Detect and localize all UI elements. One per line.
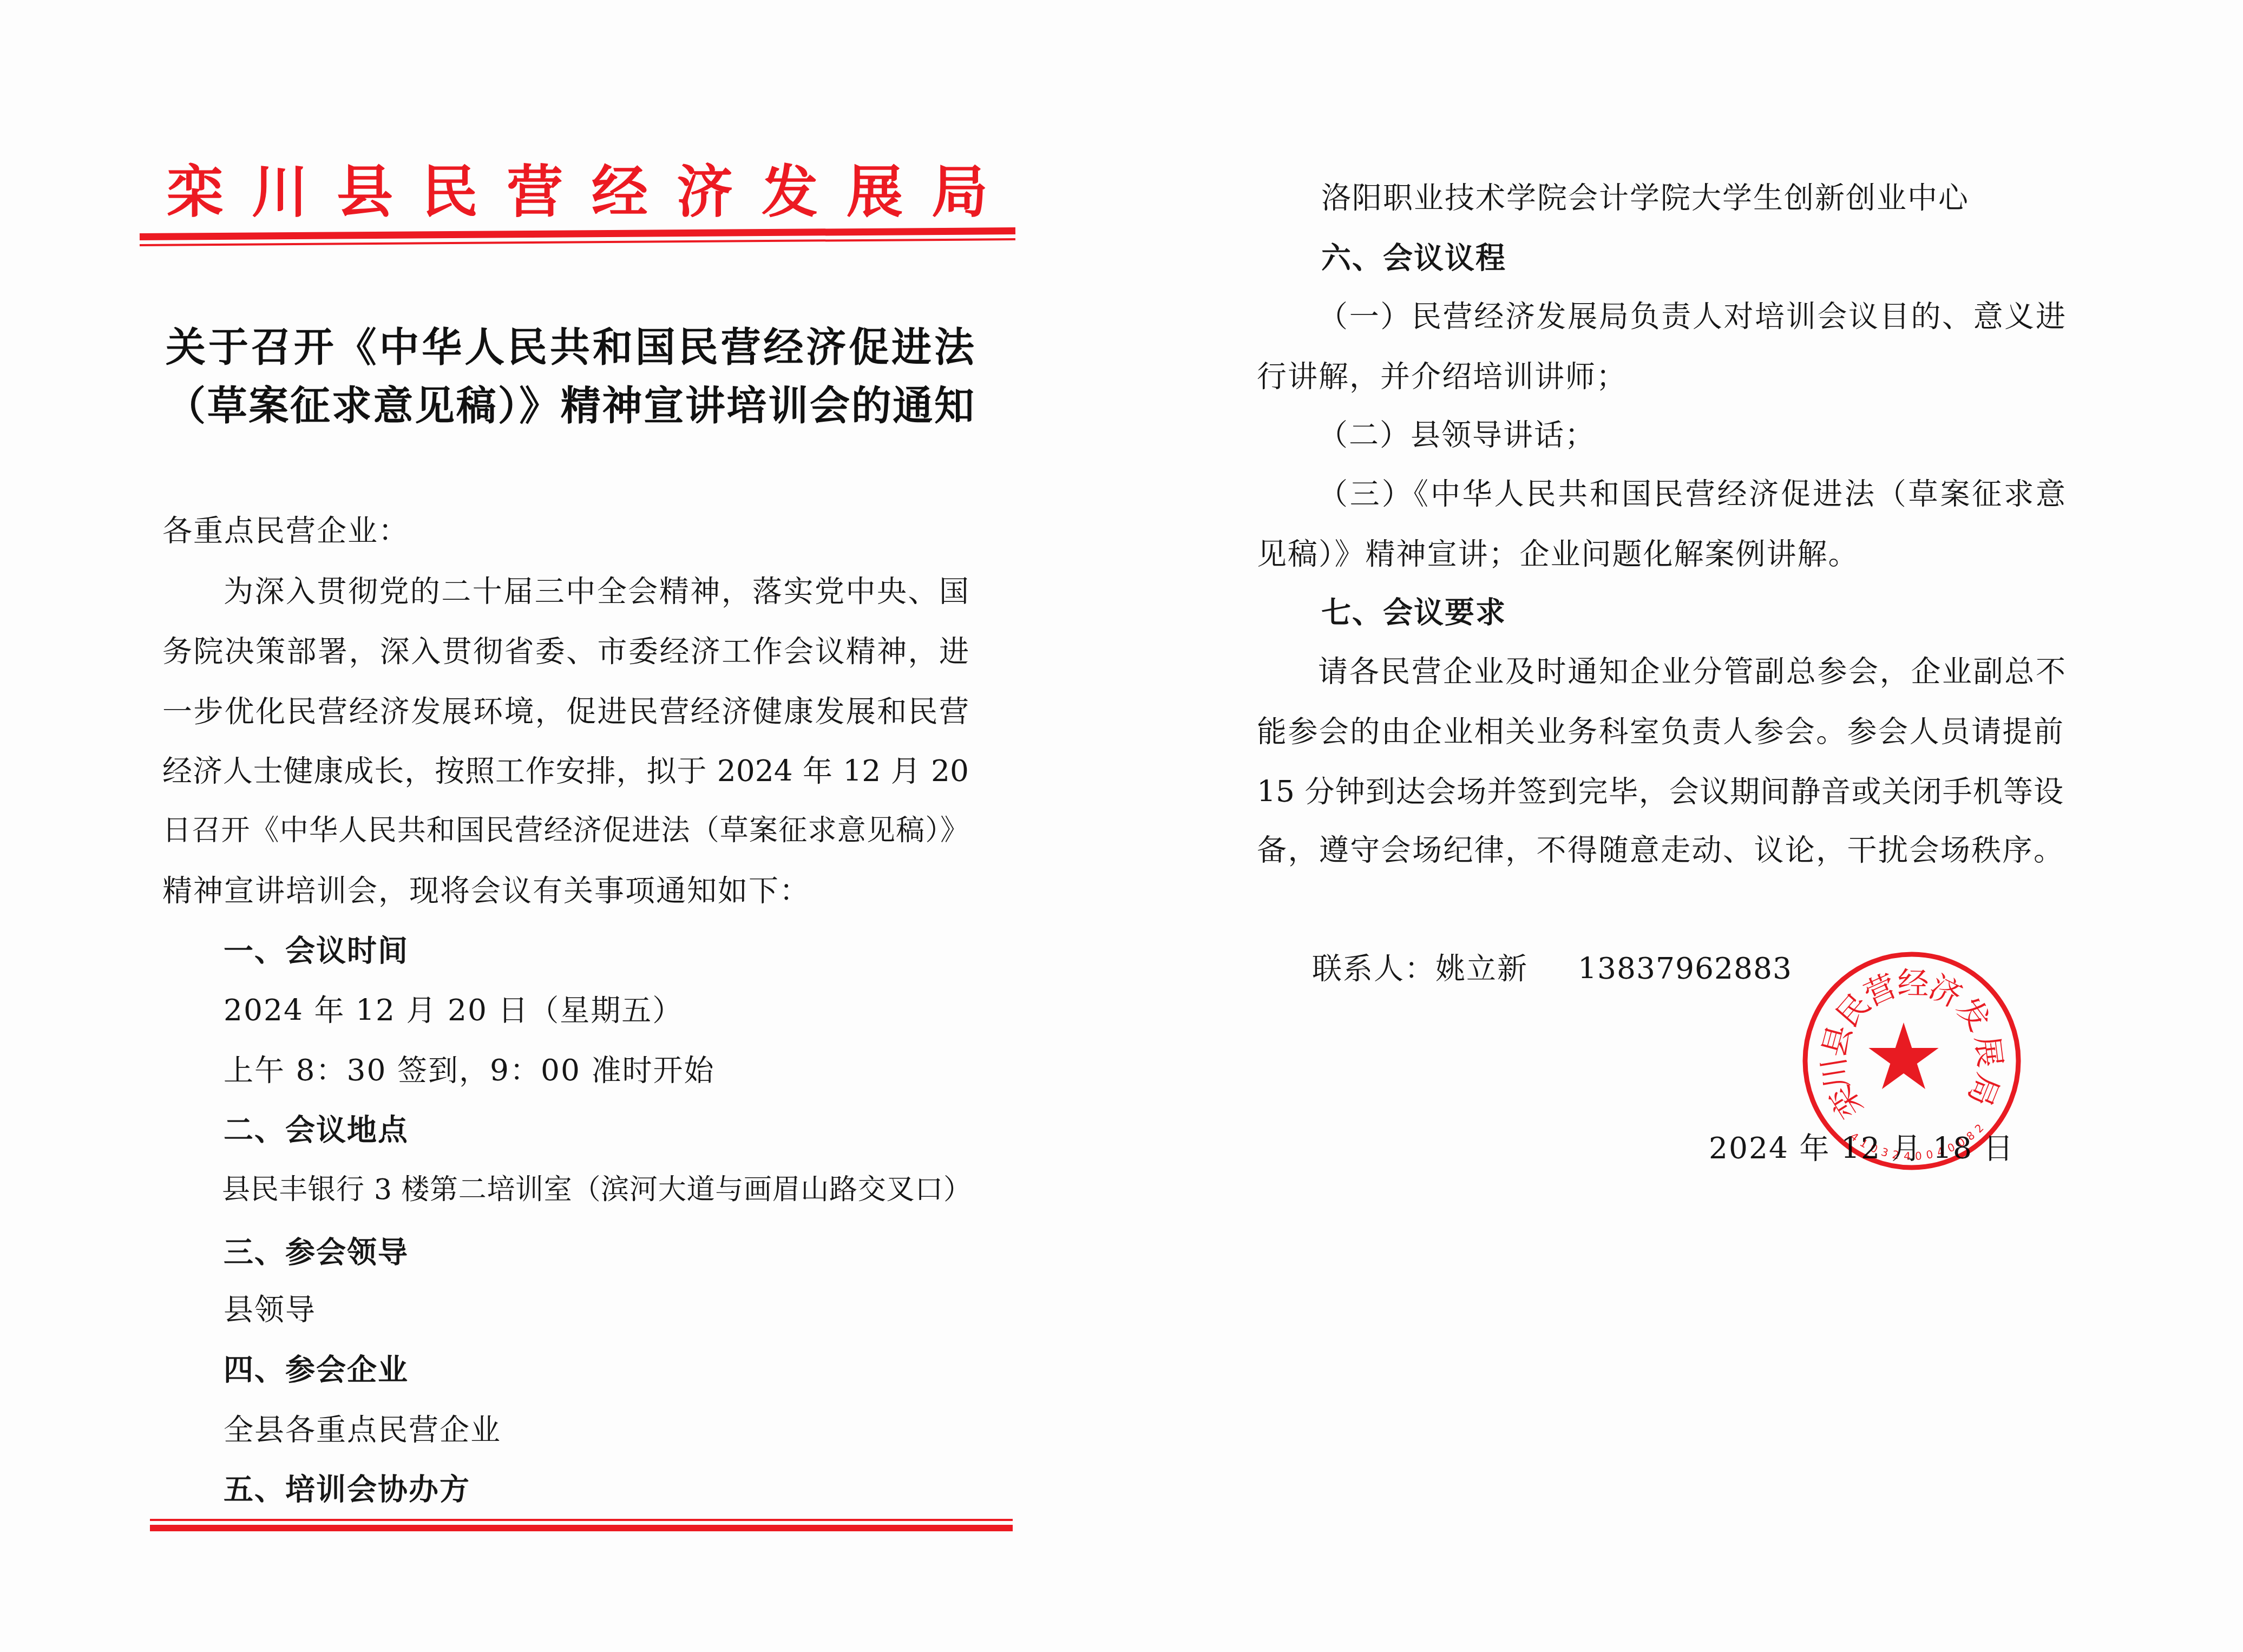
seal-code-digit: 4 xyxy=(1936,1144,1946,1159)
seal-code-digit: 0 xyxy=(1868,1141,1880,1156)
seal-code-digit: 2 xyxy=(1972,1121,1986,1135)
seal-code-digit: 0 xyxy=(1945,1140,1957,1155)
seal-char: 经 xyxy=(1897,965,1929,1002)
requirements-line: 能参会的由企业相关业务科室负责人参会。参会人员请提前 xyxy=(1257,712,2063,750)
section-heading-meeting-time: 一、会议时间 xyxy=(224,932,409,969)
letterhead-org-name: 栾川县民营经济发展局 xyxy=(167,160,1016,225)
seal-code-digit: 0 xyxy=(1925,1148,1934,1162)
agenda-line: （二）县领导讲话； xyxy=(1318,416,1596,454)
meeting-schedule: 上午 8：30 签到，9：00 准时开始 xyxy=(224,1051,714,1089)
star-icon xyxy=(1868,1022,1938,1089)
letterhead-rule-thick xyxy=(140,227,1015,240)
seal-char: 局 xyxy=(1960,1068,2006,1111)
seal-code-digit: 3 xyxy=(1880,1145,1890,1159)
seal-code-digit: 0 xyxy=(1914,1149,1922,1163)
document-page: 栾川县民营经济发展局 关于召开《中华人民共和国民营经济促进法 （草案征求意见稿）… xyxy=(0,0,2243,1652)
intro-line: 经济人士健康成长，按照工作安排，拟于 2024 年 12 月 20 xyxy=(162,752,969,790)
salutation: 各重点民营企业： xyxy=(162,512,409,549)
section-heading-attending-enterprises: 四、参会企业 xyxy=(224,1351,409,1388)
contact-phone: 13837962883 xyxy=(1578,949,1792,987)
document-title-line-2: （草案征求意见稿）》精神宣讲培训会的通知 xyxy=(166,382,974,430)
document-title-line-1: 关于召开《中华人民共和国民营经济促进法 xyxy=(166,323,974,372)
section-heading-meeting-location: 二、会议地点 xyxy=(224,1111,409,1149)
intro-line: 精神宣讲培训会，现将会议有关事项通知如下： xyxy=(162,871,810,909)
meeting-date: 2024 年 12 月 20 日（星期五） xyxy=(224,991,683,1029)
section-heading-requirements: 七、会议要求 xyxy=(1321,593,1506,631)
meeting-location: 县民丰银行 3 楼第二培训室（滨河大道与画眉山路交叉口） xyxy=(222,1171,972,1209)
contact-person: 联系人：姚立新 xyxy=(1312,949,1528,987)
section-heading-co-organizer: 五、培训会协办方 xyxy=(224,1470,470,1508)
co-organizer: 洛阳职业技术学院会计学院大学生创新创业中心 xyxy=(1321,179,1969,217)
seal-code-digit: 0 xyxy=(1955,1135,1967,1150)
requirements-line: 请各民营企业及时通知企业分管副总参会，企业副总不 xyxy=(1318,652,2065,690)
intro-line: 务院决策部署，深入贯彻省委、市委经济工作会议精神，进 xyxy=(162,632,969,670)
requirements-line: 15 分钟到达会场并签到完毕，会议期间静音或关闭手机等设 xyxy=(1257,772,2063,810)
footer-rule-thin xyxy=(150,1519,1013,1521)
footer-rule-thick xyxy=(150,1525,1013,1531)
seal-code-digit: 2 xyxy=(1891,1148,1900,1162)
agenda-line: （一）民营经济发展局负责人对培训会议目的、意义进 xyxy=(1318,297,2065,335)
intro-line: 为深入贯彻党的二十届三中全会精神，落实党中央、国 xyxy=(224,572,969,610)
section-heading-agenda: 六、会议议程 xyxy=(1321,239,1506,277)
agenda-line: 见稿）》精神宣讲；企业问题化解案例讲解。 xyxy=(1257,535,1859,573)
seal-char: 展 xyxy=(1969,1034,2009,1070)
seal-code-digit: 1 xyxy=(1858,1136,1870,1151)
intro-line: 一步优化民营经济发展环境，促进民营经济健康发展和民营 xyxy=(162,692,969,730)
agenda-line: （三）《中华人民共和国民营经济促进法（草案征求意 xyxy=(1318,475,2065,513)
seal-code-digit: 4 xyxy=(1848,1130,1861,1144)
agenda-line: 行讲解，并介绍培训讲师； xyxy=(1257,357,1627,395)
official-seal: 栾 川 县 民 营 经 济 发 展 局 4 1 0 3 2 4 0 0 4 0 … xyxy=(1798,947,2025,1175)
intro-line: 日召开《中华人民共和国民营经济促进法（草案征求意见稿）》 xyxy=(162,812,969,850)
attending-leaders: 县领导 xyxy=(224,1290,316,1328)
attending-enterprises: 全县各重点民营企业 xyxy=(224,1411,501,1448)
section-heading-attending-leaders: 三、参会领导 xyxy=(224,1233,409,1271)
seal-code-digit: 4 xyxy=(1903,1149,1911,1163)
seal-code-digit: 8 xyxy=(1964,1129,1977,1143)
requirements-line: 备，遵守会场纪律，不得随意走动、议论，干扰会场秩序。 xyxy=(1257,831,2063,869)
